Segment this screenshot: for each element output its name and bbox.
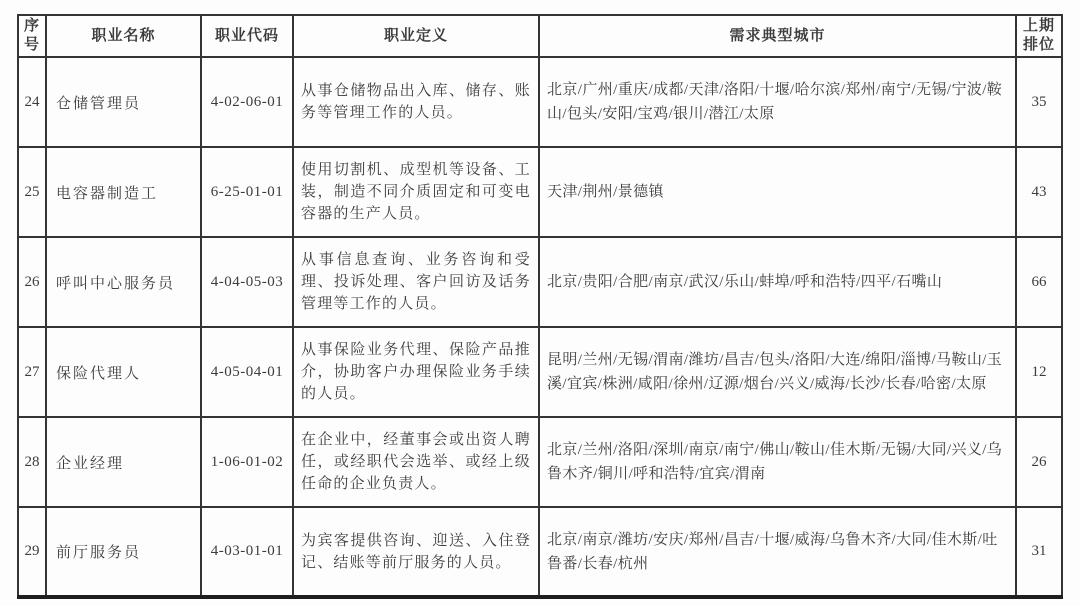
- occupation-code-cell: 4-03-01-01: [201, 507, 293, 597]
- occupation-name-cell: 保险代理人: [46, 327, 201, 417]
- demand-cities-cell: 天津/荆州/景德镇: [539, 147, 1016, 237]
- occupation-ranking-table: 序号 职业名称 职业代码 职业定义 需求典型城市 上期排位 24 仓储管理员 4…: [17, 14, 1063, 599]
- occupation-definition-cell: 从事仓储物品出入库、储存、账务等管理工作的人员。: [293, 57, 539, 147]
- header-occupation-definition: 职业定义: [293, 15, 539, 57]
- demand-cities-cell: 北京/兰州/洛阳/深圳/南京/南宁/佛山/鞍山/佳木斯/无锡/大同/兴义/乌鲁木…: [539, 417, 1016, 507]
- table-body: 24 仓储管理员 4-02-06-01 从事仓储物品出入库、储存、账务等管理工作…: [18, 57, 1062, 597]
- occupation-code-cell: 1-06-01-02: [201, 417, 293, 507]
- serial-number-cell: 28: [18, 417, 46, 507]
- header-demand-cities: 需求典型城市: [539, 15, 1016, 57]
- occupation-name-cell: 前厅服务员: [46, 507, 201, 597]
- occupation-definition-cell: 在企业中，经董事会或出资人聘任，或经职代会选举、或经上级任命的企业负责人。: [293, 417, 539, 507]
- table-row: 27 保险代理人 4-05-04-01 从事保险业务代理、保险产品推介，协助客户…: [18, 327, 1062, 417]
- demand-cities-cell: 北京/南京/潍坊/安庆/郑州/昌吉/十堰/威海/乌鲁木齐/大同/佳木斯/吐鲁番/…: [539, 507, 1016, 597]
- demand-cities-cell: 北京/广州/重庆/成都/天津/洛阳/十堰/哈尔滨/郑州/南宁/无锡/宁波/鞍山/…: [539, 57, 1016, 147]
- serial-number-cell: 25: [18, 147, 46, 237]
- occupation-code-cell: 6-25-01-01: [201, 147, 293, 237]
- occupation-definition-cell: 使用切割机、成型机等设备、工装，制造不同介质固定和可变电容器的生产人员。: [293, 147, 539, 237]
- table-row: 28 企业经理 1-06-01-02 在企业中，经董事会或出资人聘任，或经职代会…: [18, 417, 1062, 507]
- table-row: 24 仓储管理员 4-02-06-01 从事仓储物品出入库、储存、账务等管理工作…: [18, 57, 1062, 147]
- header-occupation-code: 职业代码: [201, 15, 293, 57]
- occupation-name-cell: 电容器制造工: [46, 147, 201, 237]
- document-page: 序号 职业名称 职业代码 职业定义 需求典型城市 上期排位 24 仓储管理员 4…: [17, 14, 1063, 599]
- occupation-code-cell: 4-04-05-03: [201, 237, 293, 327]
- header-serial-number: 序号: [18, 15, 46, 57]
- demand-cities-cell: 昆明/兰州/无锡/渭南/潍坊/昌吉/包头/洛阳/大连/绵阳/淄博/马鞍山/玉溪/…: [539, 327, 1016, 417]
- previous-rank-cell: 31: [1016, 507, 1062, 597]
- occupation-name-cell: 仓储管理员: [46, 57, 201, 147]
- occupation-code-cell: 4-02-06-01: [201, 57, 293, 147]
- table-row: 29 前厅服务员 4-03-01-01 为宾客提供咨询、迎送、入住登记、结账等前…: [18, 507, 1062, 597]
- header-row: 序号 职业名称 职业代码 职业定义 需求典型城市 上期排位: [18, 15, 1062, 57]
- serial-number-cell: 29: [18, 507, 46, 597]
- occupation-name-cell: 企业经理: [46, 417, 201, 507]
- previous-rank-cell: 43: [1016, 147, 1062, 237]
- occupation-name-cell: 呼叫中心服务员: [46, 237, 201, 327]
- occupation-code-cell: 4-05-04-01: [201, 327, 293, 417]
- header-occupation-name: 职业名称: [46, 15, 201, 57]
- previous-rank-cell: 26: [1016, 417, 1062, 507]
- serial-number-cell: 27: [18, 327, 46, 417]
- previous-rank-cell: 66: [1016, 237, 1062, 327]
- header-previous-rank: 上期排位: [1016, 15, 1062, 57]
- occupation-definition-cell: 为宾客提供咨询、迎送、入住登记、结账等前厅服务的人员。: [293, 507, 539, 597]
- serial-number-cell: 24: [18, 57, 46, 147]
- occupation-definition-cell: 从事保险业务代理、保险产品推介，协助客户办理保险业务手续的人员。: [293, 327, 539, 417]
- occupation-definition-cell: 从事信息查询、业务咨询和受理、投诉处理、客户回访及话务管理等工作的人员。: [293, 237, 539, 327]
- table-header: 序号 职业名称 职业代码 职业定义 需求典型城市 上期排位: [18, 15, 1062, 57]
- table-row: 26 呼叫中心服务员 4-04-05-03 从事信息查询、业务咨询和受理、投诉处…: [18, 237, 1062, 327]
- table-row: 25 电容器制造工 6-25-01-01 使用切割机、成型机等设备、工装，制造不…: [18, 147, 1062, 237]
- previous-rank-cell: 35: [1016, 57, 1062, 147]
- serial-number-cell: 26: [18, 237, 46, 327]
- previous-rank-cell: 12: [1016, 327, 1062, 417]
- demand-cities-cell: 北京/贵阳/合肥/南京/武汉/乐山/蚌埠/呼和浩特/四平/石嘴山: [539, 237, 1016, 327]
